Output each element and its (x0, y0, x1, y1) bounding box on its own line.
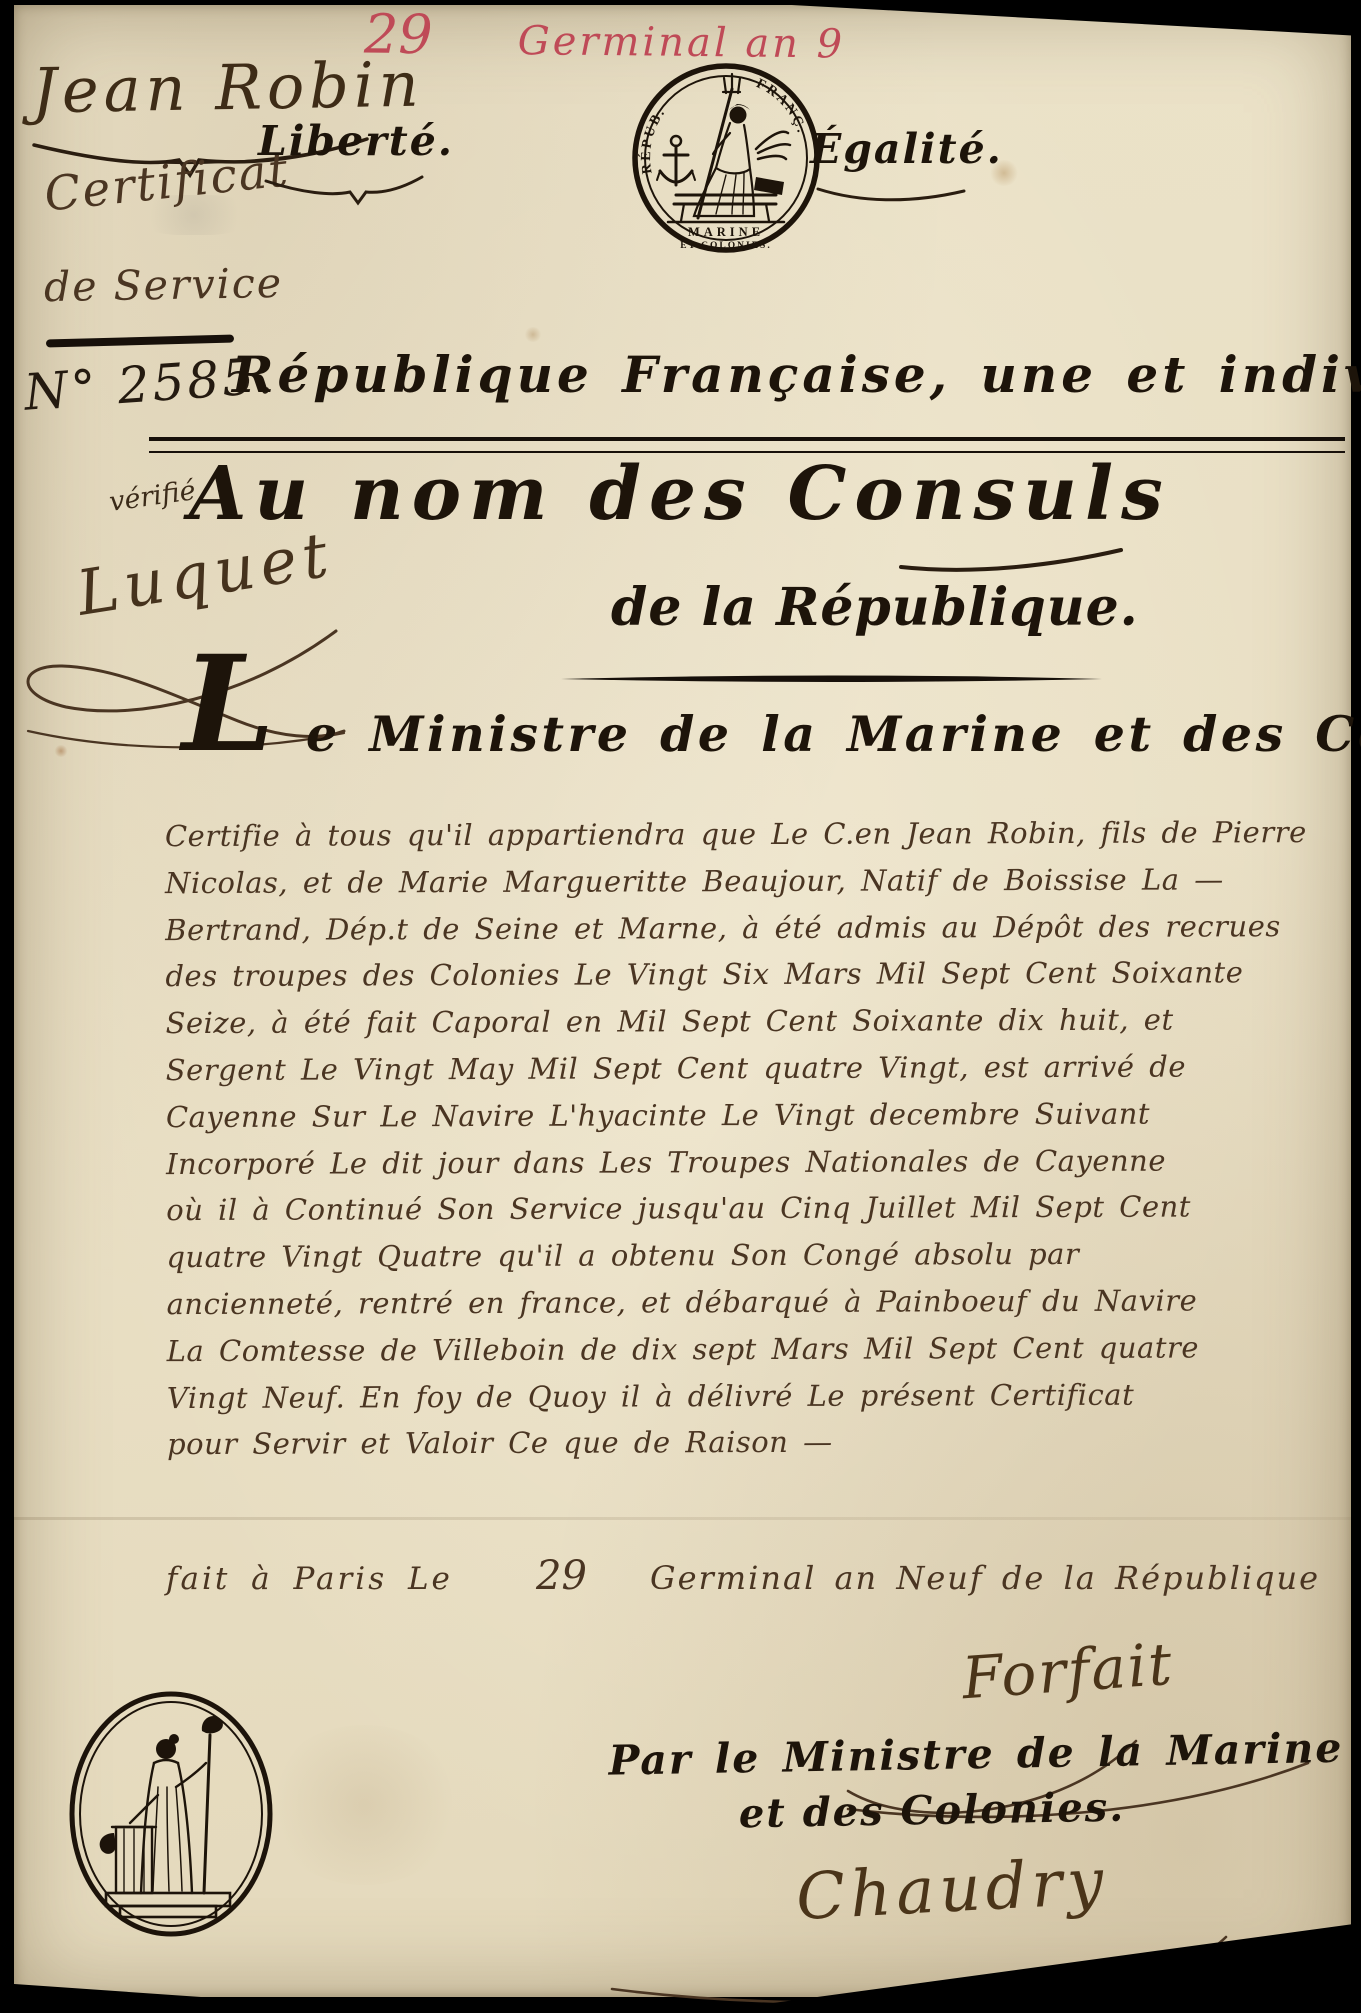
au-nom-swash (896, 545, 1126, 577)
de-service-annotation: de Service (44, 259, 284, 311)
recipient-name-annotation: Jean Robin (31, 48, 424, 128)
liberty-figure-seal (64, 1687, 279, 1942)
body-line: pour Servir et Valoir Ce que de Raison — (167, 1417, 1357, 1468)
seal-left-arc-text: RÉPUB. (637, 104, 669, 174)
body-line: Incorporé Le dit jour dans Les Troupes N… (166, 1137, 1356, 1188)
red-date-annotation: 29 Germinal an 9 (364, 2, 846, 70)
tapered-rule (559, 673, 1104, 685)
paper-stain (264, 1725, 464, 1885)
body-line: Cayenne Sur Le Navire L'hyacinte Le Ving… (166, 1090, 1356, 1141)
column (100, 1827, 156, 1893)
anchor-icon (657, 136, 695, 185)
body-line: Certifie à tous qu'il appartiendra que L… (165, 809, 1355, 860)
document-paper: 29 Germinal an 9 Jean Robin Certificat d… (14, 5, 1351, 1997)
phrygian-cap (202, 1716, 223, 1893)
liberte-flourish (262, 173, 427, 205)
body-line: Nicolas, et de Marie Margueritte Beaujou… (165, 856, 1355, 907)
body-line: Seize, à été fait Caporal en Mil Sept Ce… (166, 996, 1356, 1047)
seal-marine-text: MARINE (688, 225, 764, 239)
red-date-text: Germinal an 9 (518, 18, 846, 67)
republique-title: République Française, une et indivisible… (232, 345, 1361, 404)
dateline-prefix: fait à Paris Le (166, 1561, 453, 1597)
body-line: Bertrand, Dép.t de Seine et Marne, à été… (165, 903, 1355, 954)
dateline: fait à Paris Le 29 Germinal an Neuf de l… (166, 1553, 1320, 1599)
chaudry-signature: Chaudry (794, 1845, 1110, 1935)
minister-heading-initial: L (182, 627, 275, 782)
egalite-flourish (814, 183, 969, 211)
liberty-figure (100, 1716, 230, 1917)
body-line: ancienneté, rentré en france, et débarqu… (166, 1277, 1356, 1328)
verified-annotation: vérifié (107, 475, 197, 518)
ink-bar (46, 335, 234, 348)
fasces-axe (100, 1833, 116, 1854)
body-line: des troupes des Colonies Le Vingt Six Ma… (165, 949, 1355, 1000)
forfait-signature: Forfait (960, 1630, 1176, 1713)
service-record-paragraph: Certifie à tous qu'il appartiendra que L… (165, 809, 1357, 1468)
paper-stain (524, 327, 542, 342)
liberte-heading: Liberté. (258, 117, 454, 165)
luquet-flourish (6, 603, 351, 758)
minister-heading-rest: e Ministre de la Marine et des Colonies (306, 705, 1361, 763)
dateline-suffix: Germinal an Neuf de la République (650, 1559, 1320, 1597)
scanned-document: 29 Germinal an 9 Jean Robin Certificat d… (0, 0, 1361, 2013)
body-line: quatre Vingt Quatre qu'il a obtenu Son C… (166, 1230, 1356, 1281)
body-line: Vingt Neuf. En foy de Quoy il à délivré … (167, 1370, 1357, 1421)
footer-authority: Par le Ministre de la Marine et des Colo… (608, 1725, 1255, 1839)
fold-line (14, 1517, 1351, 1520)
svg-text:RÉPUB.: RÉPUB. (637, 104, 669, 174)
seal-colonies-text: ET COLONIES. (680, 241, 771, 251)
body-line: Sergent Le Vingt May Mil Sept Cent quatr… (166, 1043, 1356, 1094)
de-la-republique-title: de la République. (611, 577, 1139, 638)
marine-colonies-seal: RÉPUB. FRANÇ. (626, 63, 826, 255)
au-nom-title: Au nom des Consuls (189, 451, 1171, 537)
body-line: où il à Continué Son Service jusqu'au Ci… (166, 1183, 1356, 1234)
dateline-day: 29 (536, 1553, 587, 1599)
body-line: La Comtesse de Villeboin de dix sept Mar… (167, 1324, 1357, 1375)
footer-authority-line-2: et des Colonies. (609, 1781, 1255, 1839)
egalite-heading: Égalité. (810, 125, 1003, 173)
footer-authority-line-1: Par le Ministre de la Marine (608, 1725, 1254, 1784)
